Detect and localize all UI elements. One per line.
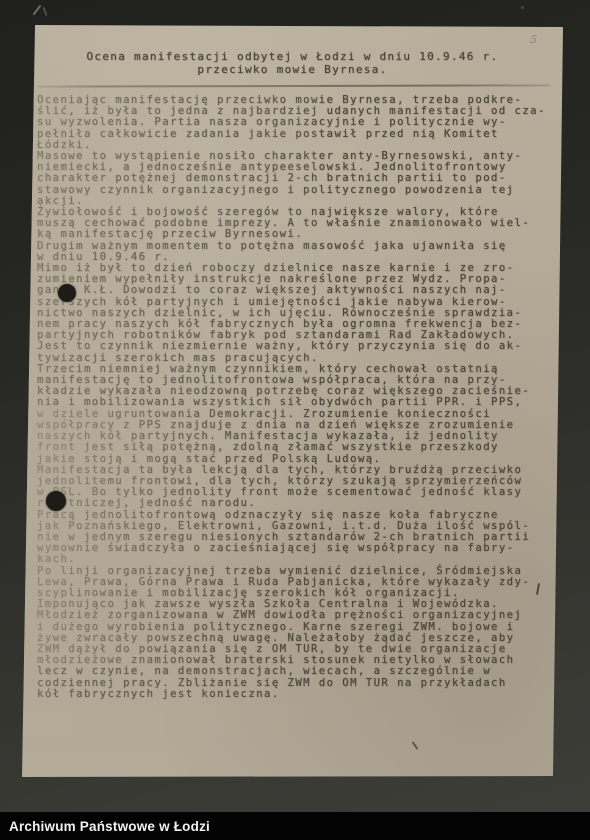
typewritten-line: front jest siłą potężną, zdolną złamać w…: [37, 442, 561, 453]
scan-viewer: 5 Ocena manifestacji odbytej w Łodzi w d…: [0, 0, 590, 840]
typewritten-line: ką manifestację przeciw Byrnesowi.: [37, 229, 561, 240]
mat-scratch-mark: [33, 5, 42, 16]
typewritten-line: stawowy czynnik organizacyjnego i polity…: [37, 185, 561, 196]
typewritten-line: pełniła całkowicie zadania jakie postawi…: [37, 129, 561, 140]
pen-mark: [412, 741, 419, 750]
archive-name-label: Archiwum Państwowe w Łodzi: [0, 819, 210, 834]
typewritten-line: wymownie świadczyła o zacieśniającej się…: [37, 543, 561, 554]
document-title-line-2: przeciwko mowie Byrnesa.: [22, 63, 563, 76]
mat-scratch-mark: [43, 7, 47, 16]
typewritten-line: kach.: [37, 554, 561, 565]
typewritten-line: kół fabrycznych jest konieczna.: [37, 689, 561, 700]
document-title: Ocena manifestacji odbytej w Łodzi w dni…: [22, 50, 563, 76]
typewritten-line: Młodzież zorganizowana w ZWM dowiodła pr…: [37, 610, 561, 621]
typewritten-line: robotniczej, jedność narodu.: [37, 498, 561, 509]
hole-punch-top: [58, 284, 76, 302]
document-page: 5 Ocena manifestacji odbytej w Łodzi w d…: [22, 25, 563, 777]
typewritten-line: nia i mobilizowania wszystkich sił obydw…: [37, 397, 561, 408]
mat-speck: [521, 6, 524, 9]
handwritten-page-number: 5: [529, 33, 538, 47]
title-underline-rule: [38, 84, 550, 87]
document-body: Oceniając manifestację przeciwko mowie B…: [37, 95, 561, 700]
archive-footer-bar: Archiwum Państwowe w Łodzi: [0, 812, 590, 840]
typewritten-line: charakter potężnej demonstracji 2-ch bra…: [37, 173, 561, 184]
typewritten-line: Jest to czynnik niezmiernie ważny, który…: [37, 341, 561, 352]
document-title-line-1: Ocena manifestacji odbytej w Łodzi w dni…: [22, 50, 563, 63]
typewritten-line: lecz w czynie, na demonstracjach, wiecac…: [37, 666, 561, 677]
typewritten-line: gandy K.Ł. Dowodzi to coraz większej akt…: [37, 285, 561, 296]
hole-punch-bottom: [46, 491, 66, 511]
typewritten-line: su wyzwolenia. Partia nasza organizacyjn…: [37, 117, 561, 128]
